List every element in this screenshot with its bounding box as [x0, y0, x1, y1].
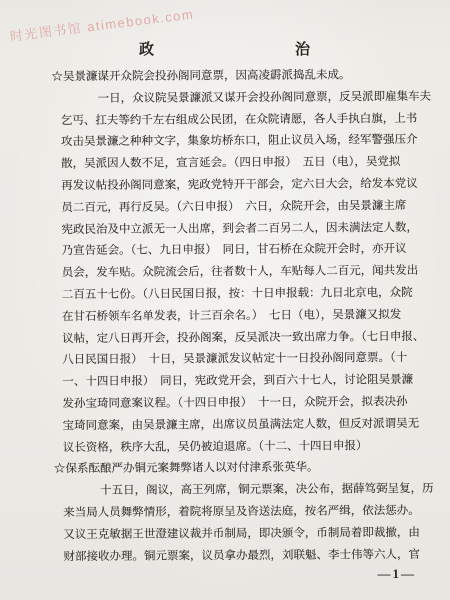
- text-line: 散，吴派因人数不足，宣言延会。（四日申报） 五日（电），吴党拟: [61, 152, 417, 176]
- page-title: 政 治: [0, 38, 450, 59]
- text-line: 员二百元，再行反吴。（六日申报） 六日，众院开会，由吴景濂主席: [61, 196, 417, 220]
- entry-headline: ☆吴景濂谋开众院会投孙阁同意票，因高凌霨派捣乱未成。: [51, 65, 416, 89]
- text-line: 乞丐、扛夫等约千左右组成公民团，在众院请愿，各人手执白旗，上书: [61, 109, 417, 133]
- body-lines: ☆吴景濂谋开众院会投孙阁同意票，因高凌霨派捣乱未成。一日，众议院吴景濂派又谋开会…: [60, 65, 419, 568]
- entry-headline: ☆保系酝酿严办铜元案舞弊诸人以对付津系张英华。: [54, 457, 419, 481]
- text-line: 宪政民治及中立派无一人出席，到会者二百另二人，因未满法定人数，: [61, 217, 417, 241]
- text-line: 来当局人员舞弊情形，着院将原呈及咨送法庭，按名严缉，依法惩办。: [63, 501, 419, 525]
- text-line: 再发议帖投孙阁同意案，宪政党特开干部会，定六日大会，给发本党议: [61, 174, 417, 198]
- text-line: 二百五十七份。（八日民国日报，按：十日申报载：九日北京电，众院: [62, 283, 418, 307]
- text-line: 八日民国日报） 十日，吴景濂派发议帖定十一日投孙阁同意票。（十: [62, 348, 418, 372]
- text-line: 宝琦同意案，由吴景濂主席，出席议员虽满法定人数，但反对派谓吴无: [63, 414, 419, 438]
- text-line: 一日，众议院吴景濂派又谋开会投孙阁同意票，反吴派即雇集车夫: [61, 87, 417, 111]
- title-char-right: 治: [295, 38, 311, 59]
- scanned-page: 时光图书馆 atimebook.com 政 治 ☆吴景濂谋开众院会投孙阁同意票，…: [0, 0, 450, 600]
- text-line: 一、十四日申报） 同日，宪政党开会，到百六十七人，讨论阻吴景濂: [62, 370, 418, 394]
- text-line: 攻击吴景濂之种种文字，集象坊桥东口，阻止议员入场，经军警强压介: [61, 130, 417, 154]
- page-number: —1—: [378, 566, 417, 582]
- text-line: 又议王克敏据王世澄建议裁并币制局，即决颁令，币制局着即裁撤，由: [63, 523, 419, 547]
- text-line: 十五日，阁议，高王列席，铜元票案，决公布，据薛笃弼呈复，历: [63, 479, 419, 503]
- text-line: 议帖，定八日再开会，投孙阁案，反吴派决一致出席力争。（七日申报、: [62, 326, 418, 350]
- text-line: 乃宣告延会。（七、九日申报） 同日，甘石桥在众院开会时，亦开议: [62, 239, 418, 263]
- text-line: 员会，发车贴。众院流会后，往者数十人，车贴每人二百元，闻共发出: [62, 261, 418, 285]
- text-line: 发孙宝琦同意案议程。（十四日申报） 十一日，众院开会，拟表决孙: [62, 392, 418, 416]
- text-line: 财部接收办理。铜元票案，议员拿办最烈，刘联魁、李士伟等六人，官: [63, 544, 419, 568]
- text-line: 议长资格，秩序大乱，吴仍被迫退席。（十二、十四日申报）: [63, 435, 419, 459]
- title-char-left: 政: [139, 38, 155, 59]
- text-line: 在甘石桥领车名单发表，计三百余名。） 七日（电），吴景濂又拟发: [62, 305, 418, 329]
